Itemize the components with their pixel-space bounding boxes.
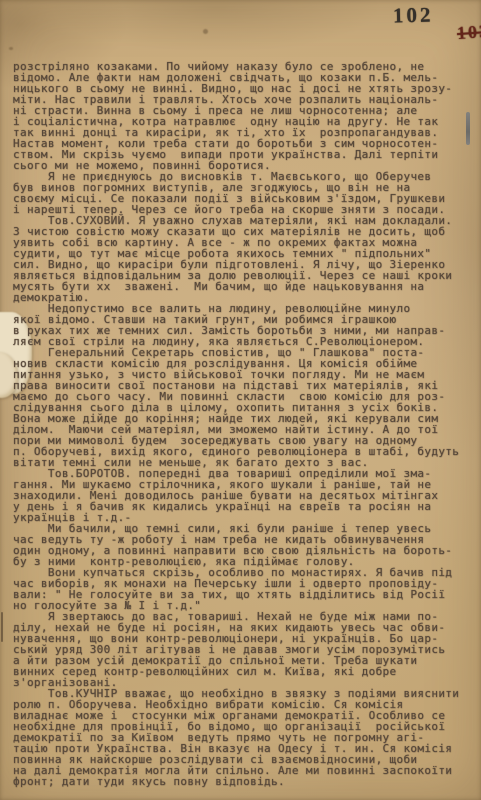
paragraph: розстріляно козаками. По чийому наказу б… bbox=[13, 61, 477, 171]
paragraph: Генеральний Секретарь сповістив, що " Гл… bbox=[13, 347, 477, 468]
paragraph: Ми бачили, що темні сили, які були раніш… bbox=[13, 523, 477, 567]
paragraph: Тов.БОРОТОВ. попередні два товариші опре… bbox=[13, 468, 477, 523]
paragraph: Тов.СУХОВИЙ. Я уважно слухав матеріяли, … bbox=[13, 215, 477, 303]
typewritten-text-block: розстріляно козаками. По чийому наказу б… bbox=[13, 61, 477, 787]
paragraph: Тов.КУЧНІР вважає, що необхідно в звязку… bbox=[13, 688, 477, 787]
left-edge-mark bbox=[1, 612, 3, 642]
crossed-out-page-number: 103 bbox=[456, 21, 481, 44]
paper-speck bbox=[9, 47, 13, 50]
paragraph: Я звертаюсь до вас, товариші. Нехай не б… bbox=[13, 611, 477, 688]
paragraph: Недопустимо все валить на людину, револю… bbox=[13, 303, 477, 347]
scanned-document-page: 102 103 розстріляно козаками. По чийому … bbox=[0, 0, 481, 800]
paragraph: Вони купчаться скрізь, особливо по монас… bbox=[13, 567, 477, 611]
paper-speck bbox=[203, 29, 208, 34]
paragraph: Я не приєднуюсь до висновків т. Маєвсько… bbox=[13, 171, 477, 215]
page-number-stamp: 102 bbox=[392, 2, 433, 28]
